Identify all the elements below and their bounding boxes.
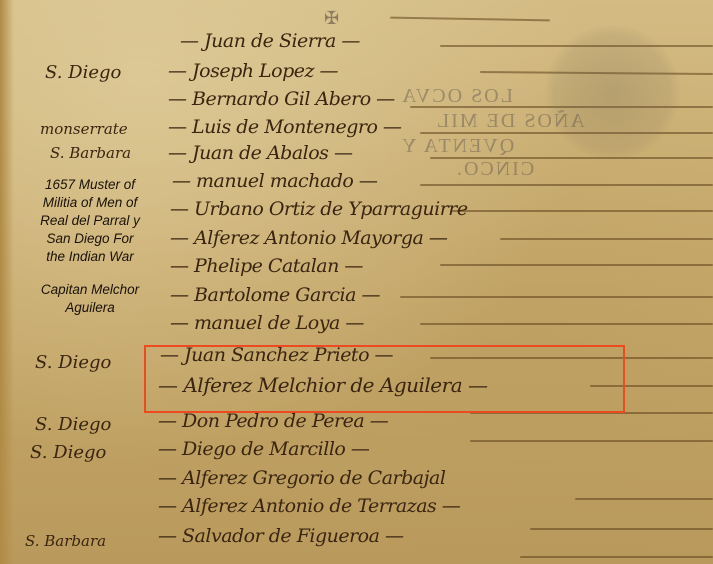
ruled-line [520, 556, 713, 558]
ruled-line [400, 296, 713, 298]
caption-line: Militia of Men of [20, 194, 160, 212]
ruled-line [420, 184, 713, 186]
highlight-box [144, 345, 625, 413]
roster-entry: — Don Pedro de Perea — [158, 410, 388, 432]
caption-title: 1657 Muster of Militia of Men of Real de… [20, 176, 160, 266]
margin-note: monserrate [40, 120, 128, 138]
ruled-line [450, 210, 713, 212]
roster-entry: — Alferez Gregorio de Carbajal [158, 467, 445, 489]
roster-entry: — Bernardo Gil Abero — [168, 88, 395, 110]
seal-stamp [545, 25, 680, 160]
stamp-text: CINCO. [455, 158, 534, 181]
roster-entry: — Alferez Antonio Mayorga — [170, 227, 447, 249]
roster-entry: — Salvador de Figueroa — [158, 525, 403, 547]
caption-subject: Capitan Melchor Aguilera [20, 281, 160, 317]
roster-entry: — Urbano Ortiz de Yparraguirre [170, 198, 468, 220]
roster-entry: — Juan de Sierra — [180, 30, 360, 52]
roster-entry: — manuel machado — [172, 170, 377, 192]
caption-line: the Indian War [20, 248, 160, 266]
caption-line: Capitan Melchor [20, 281, 160, 299]
roster-entry: — Bartolome Garcia — [170, 284, 380, 306]
margin-note: S. Diego [30, 442, 106, 463]
stamp-text: QVENTA Y [400, 135, 514, 158]
page-edge [0, 0, 14, 564]
roster-entry: — Juan de Abalos — [168, 142, 352, 164]
margin-note: S. Diego [45, 62, 121, 83]
caption-line: Real del Parral y [20, 212, 160, 230]
ruled-line [500, 238, 713, 240]
roster-entry: — Diego de Marcillo — [158, 438, 369, 460]
margin-note: S. Diego [35, 414, 111, 435]
ruled-line [530, 528, 713, 530]
ruled-line [420, 323, 713, 325]
ruled-line [470, 440, 713, 442]
roster-entry: — Phelipe Catalan — [170, 255, 363, 277]
roster-entry: — Luis de Montenegro — [168, 116, 401, 138]
cross-mark-icon: ✠ [324, 8, 339, 29]
caption-line: Aguilera [20, 299, 160, 317]
roster-entry: — Alferez Antonio de Terrazas — [158, 495, 460, 517]
ruled-line [440, 264, 713, 266]
margin-note: S. Barbara [25, 532, 106, 550]
margin-note: S. Diego [35, 352, 111, 373]
ruled-line [575, 498, 713, 500]
caption-line: 1657 Muster of [20, 176, 160, 194]
roster-entry: — manuel de Loya — [170, 312, 364, 334]
margin-note: S. Barbara [50, 144, 131, 162]
stamp-text: AÑOS DE MIL [435, 110, 585, 133]
caption-line: San Diego For [20, 230, 160, 248]
stamp-text: LOS OCVA [400, 85, 513, 108]
roster-entry: — Joseph Lopez — [168, 60, 338, 82]
